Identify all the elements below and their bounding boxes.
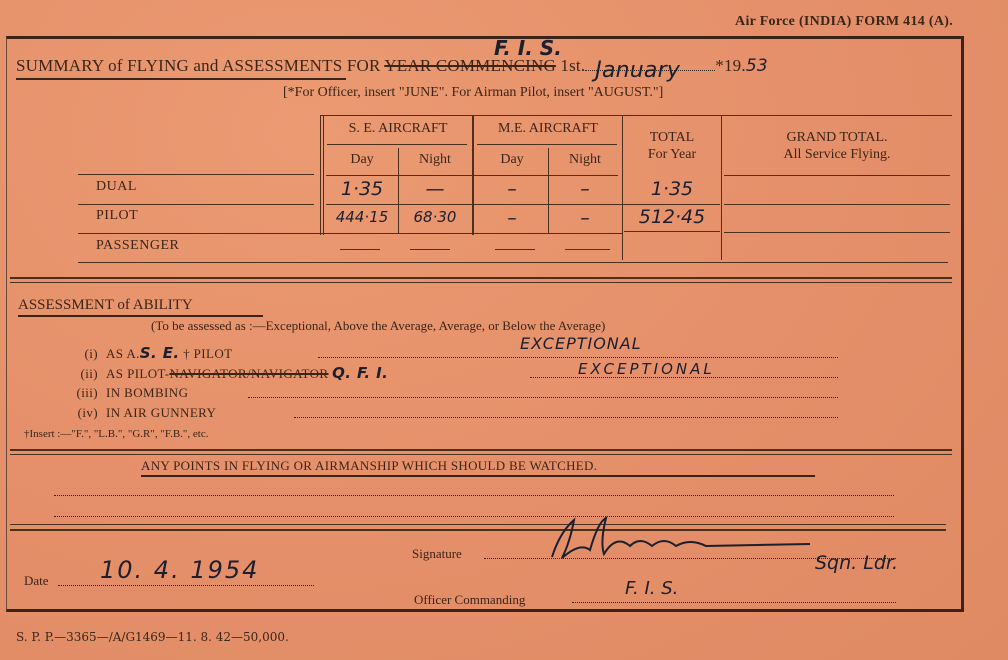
table-vline [323,115,324,235]
row-label-dual: DUAL [96,179,137,195]
assessment-value-qfi: EXCEPTIONAL [578,360,715,378]
passenger-blank [410,249,450,250]
table-rule [78,174,314,175]
table-rule [724,232,950,233]
year-prefix: *19. [715,56,746,75]
header-me-night: Night [549,152,621,168]
pilot-se-night: 68·30 [399,208,471,226]
header-grand-line1: GRAND TOTAL. [722,129,952,146]
officer-commanding-field[interactable] [572,602,896,603]
item-prefix: AS A. [106,346,140,361]
dual-se-day: 1·35 [326,178,398,200]
assessment-item-qfi: (ii)AS PILOT-NAVIGATOR/NAVIGATOR Q. F. I… [70,364,388,382]
assessment-underline [18,315,263,317]
table-vline [320,115,321,235]
unit-handwritten: F. I. S. [494,36,562,60]
table-bottom-rule [78,262,948,263]
header-se-night: Night [399,152,471,168]
row-label-pilot: PILOT [96,208,138,224]
section-rule [10,449,952,451]
title-underline [16,78,346,80]
header-total-line2: For Year [623,146,721,163]
watch-points-underline [141,475,815,477]
table-rule [78,233,622,234]
pilot-se-day: 444·15 [326,208,398,226]
pilot-me-day: – [476,207,548,229]
header-me-day: Day [476,152,548,168]
table-rule [477,144,617,145]
assessment-dotline [318,357,838,358]
header-se-day: Day [326,152,398,168]
print-code: S. P. P.—3365—/A/G1469—11. 8. 42—50,000. [16,630,289,644]
assessment-dotline [248,397,838,398]
item-struck: NAVIGATOR/NAVIGATOR [169,366,328,381]
assessment-dotline [294,417,838,418]
assessment-value-se-pilot: EXCEPTIONAL [520,334,642,353]
first-label: 1st. [560,56,585,75]
dual-me-day: – [476,178,548,200]
table-top-rule [320,115,952,116]
table-rule [327,144,467,145]
date-label: Date [24,573,49,589]
section-rule [10,277,952,279]
dual-total: 1·35 [623,178,721,200]
table-rule [724,204,950,205]
assessment-item-se-pilot: (i)AS A.S. E. † PILOT [70,344,838,362]
header-se-aircraft: S. E. AIRCRAFT [326,121,470,137]
item-prefix: IN BOMBING [106,385,188,400]
item-number: (iv) [70,405,98,421]
header-grand-total: GRAND TOTAL. All Service Flying. [722,129,952,163]
date-value: 10. 4. 1954 [100,556,259,584]
table-rule [78,204,314,205]
insert-note: †Insert :—"F.", "L.B.", "G.R", "F.B.", e… [24,428,209,440]
title-prefix: SUMMARY of FLYING and ASSESSMENTS FOR [16,56,381,75]
officer-note: [*For Officer, insert "JUNE". For Airman… [283,85,663,101]
watch-points-heading: ANY POINTS IN FLYING OR AIRMANSHIP WHICH… [141,458,597,474]
officer-commanding-label: Officer Commanding [414,592,525,608]
rank-value: Sqn. Ldr. [815,552,898,574]
assessment-item-bombing: (iii)IN BOMBING [70,385,188,401]
year-value: 53 [746,56,768,76]
passenger-blank [565,249,610,250]
date-field[interactable] [58,585,314,586]
item-number: (i) [70,346,98,362]
watch-points-line-1[interactable] [54,495,894,496]
header-total-line1: TOTAL [623,129,721,146]
assessment-item-gunnery: (iv)IN AIR GUNNERY [70,405,216,421]
section-rule [10,454,952,455]
table-rule [326,175,618,176]
signature-scribble-icon [540,512,830,562]
signature-label: Signature [412,546,462,562]
month-field: January [585,70,715,71]
item-hand-insert: S. E. [140,344,180,362]
pilot-total: 512·45 [623,206,721,228]
assessment-scale-note: (To be assessed as :—Exceptional, Above … [151,318,605,334]
item-prefix: IN AIR GUNNERY [106,405,216,420]
header-grand-line2: All Service Flying. [722,146,952,163]
passenger-blank [495,249,535,250]
dual-se-night: — [399,178,471,200]
form-title: SUMMARY of FLYING and ASSESSMENTS FOR YE… [16,56,768,76]
item-suffix: † PILOT [183,346,232,361]
item-hand-insert: Q. F. I. [332,364,388,382]
item-number: (ii) [70,366,98,382]
header-me-aircraft: M.E. AIRCRAFT [476,121,620,137]
item-prefix: AS PILOT- [106,366,169,381]
assessment-heading: ASSESSMENT of ABILITY [18,297,193,314]
month-value: January [595,58,680,83]
form-number: Air Force (INDIA) FORM 414 (A). [735,14,953,30]
section-rule [10,282,952,283]
row-label-passenger: PASSENGER [96,238,179,254]
table-rule [326,204,720,205]
pilot-me-night: – [549,207,621,229]
table-rule [624,231,720,232]
officer-commanding-value: F. I. S. [625,578,678,599]
table-rule [724,175,950,176]
header-total-for-year: TOTAL For Year [623,129,721,163]
dual-me-night: – [549,178,621,200]
item-number: (iii) [70,385,98,401]
passenger-blank [340,249,380,250]
